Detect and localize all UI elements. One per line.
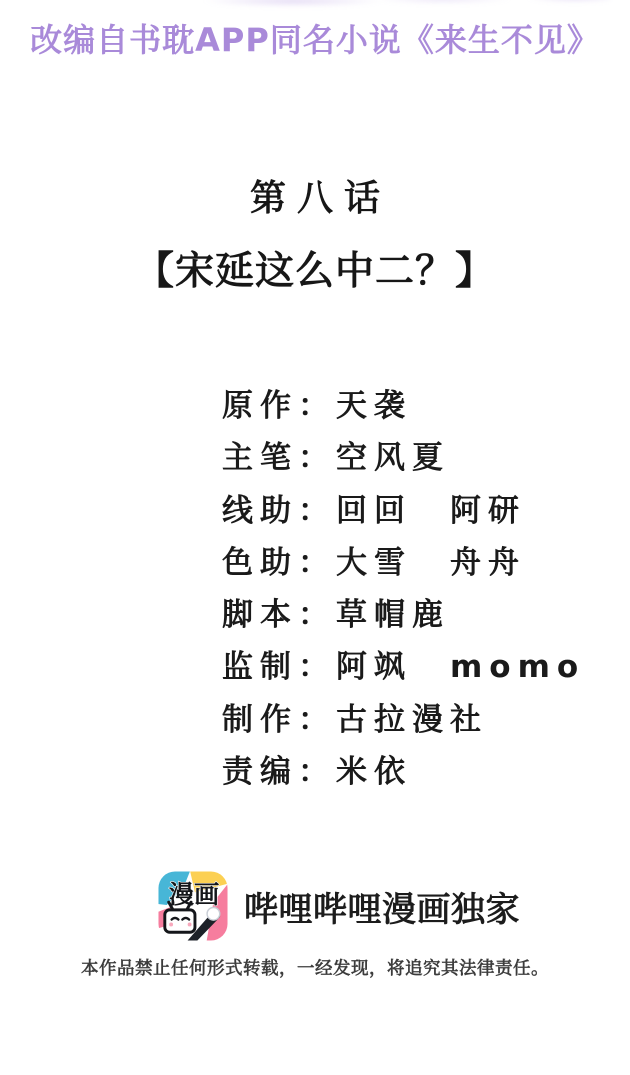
credit-names: 回回 阿研 [336, 493, 526, 529]
credit-role: 责编 [222, 754, 298, 790]
publisher-row: 漫画 哔哩哔哩漫画独家 [158, 871, 520, 941]
credit-role: 线助 [222, 493, 298, 529]
credit-names: 大雪 舟舟 [336, 545, 526, 581]
credit-colon: ： [298, 493, 336, 529]
credit-names: 米依 [336, 754, 412, 790]
credit-colon: ： [298, 754, 336, 790]
credit-row-lead-artist: 主笔：空风夏 [222, 436, 585, 488]
episode-number: 第八话 [0, 170, 630, 221]
credit-role: 主笔 [222, 440, 298, 476]
credit-row-original-author: 原作：天袭 [222, 384, 585, 436]
credit-row-production: 制作：古拉漫社 [222, 698, 585, 750]
credit-colon: ： [298, 649, 336, 685]
credit-colon: ： [298, 545, 336, 581]
credit-row-supervisor: 监制：阿飒 momo [222, 645, 585, 697]
credits-list: 原作：天袭 主笔：空风夏 线助：回回 阿研 色助：大雪 舟舟 脚本：草帽鹿 监制… [222, 384, 585, 802]
credit-colon: ： [298, 702, 336, 738]
credit-names: 古拉漫社 [336, 702, 488, 738]
credit-role: 监制 [222, 649, 298, 685]
copyright-notice: 本作品禁止任何形式转载，一经发现，将追究其法律责任。 [0, 955, 630, 980]
credit-colon: ： [298, 388, 336, 424]
credit-colon: ： [298, 597, 336, 633]
bilibili-manga-app-icon: 漫画 [158, 871, 228, 941]
logo-manhua-glyph: 漫画 [169, 880, 220, 909]
adaptation-note: 改编自书耽APP同名小说《来生不见》 [0, 15, 630, 61]
credit-names: 天袭 [336, 388, 412, 424]
credit-names: 阿飒 momo [336, 649, 585, 685]
top-edge-artifact [170, 0, 610, 12]
credit-row-script: 脚本：草帽鹿 [222, 593, 585, 645]
credit-role: 色助 [222, 545, 298, 581]
credit-role: 脚本 [222, 597, 298, 633]
credit-row-line-assist: 线助：回回 阿研 [222, 489, 585, 541]
manga-credits-page: 改编自书耽APP同名小说《来生不见》 第八话 【宋延这么中二？】 原作：天袭 主… [0, 0, 630, 1075]
credit-names: 草帽鹿 [336, 597, 450, 633]
credit-names: 空风夏 [336, 440, 450, 476]
credit-colon: ： [298, 440, 336, 476]
exclusive-label: 哔哩哔哩漫画独家 [244, 882, 520, 931]
credit-row-editor: 责编：米依 [222, 750, 585, 802]
episode-title: 【宋延这么中二？】 [0, 240, 630, 296]
credit-role: 制作 [222, 702, 298, 738]
credit-role: 原作 [222, 388, 298, 424]
credit-row-color-assist: 色助：大雪 舟舟 [222, 541, 585, 593]
